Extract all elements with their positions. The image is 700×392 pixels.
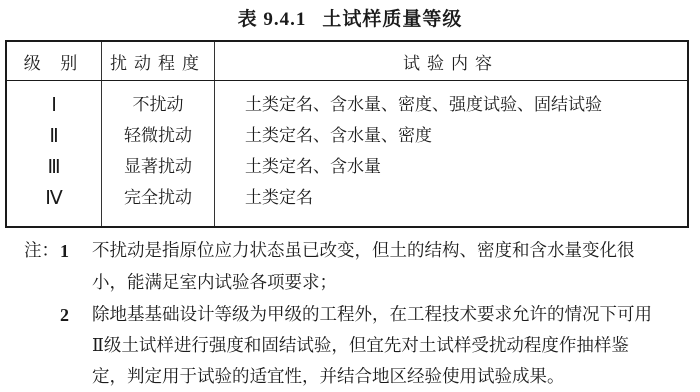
disturbance-cell: 不扰动 <box>102 90 214 121</box>
grade-cell: Ⅳ <box>7 183 101 214</box>
note-text: 定，判定用于试验的适宜性，并结合地区经验使用试验成果。 <box>92 362 565 392</box>
note-text: 不扰动是指原位应力状态虽已改变，但土的结构、密度和含水量变化很 <box>92 236 635 266</box>
note-text: 除地基基础设计等级为甲级的工程外，在工程技术要求允许的情况下可用 <box>92 300 652 330</box>
grade-column: Ⅰ Ⅱ Ⅲ Ⅳ <box>6 81 102 228</box>
grade-cell: Ⅲ <box>7 152 101 183</box>
note-text: 小，能满足室内试验各项要求； <box>92 268 337 298</box>
note-number: 2 <box>60 300 69 330</box>
disturbance-cell: 完全扰动 <box>102 183 214 214</box>
table-header-row: 级 别 扰动程度 试验内容 <box>6 41 688 81</box>
note-number: 1 <box>60 236 69 266</box>
table-number: 表 9.4.1 <box>238 9 307 30</box>
disturbance-cell: 轻微扰动 <box>102 121 214 152</box>
note-prefix: 注： <box>24 236 59 266</box>
note-1-line-1: 注： 1 不扰动是指原位应力状态虽已改变，但土的结构、密度和含水量变化很 <box>0 236 700 266</box>
tests-cell: 土类定名 <box>245 183 687 214</box>
note-text: Ⅱ级土试样进行强度和固结试验，但宜先对土试样受扰动程度作抽样鉴 <box>92 331 629 361</box>
tests-cell: 土类定名、含水量、密度 <box>245 121 687 152</box>
header-disturbance: 扰动程度 <box>102 41 215 81</box>
soil-sample-grade-table: 级 别 扰动程度 试验内容 Ⅰ Ⅱ Ⅲ Ⅳ 不扰动 轻微扰动 显著扰动 完全扰动 <box>5 40 689 228</box>
header-grade: 级 别 <box>6 41 102 81</box>
tests-cell: 土类定名、含水量、密度、强度试验、固结试验 <box>245 90 687 121</box>
table-caption: 土试样质量等级 <box>322 8 462 30</box>
grade-cell: Ⅱ <box>7 121 101 152</box>
tests-cell: 土类定名、含水量 <box>245 152 687 183</box>
disturbance-cell: 显著扰动 <box>102 152 214 183</box>
note-2-line-1: 2 除地基基础设计等级为甲级的工程外，在工程技术要求允许的情况下可用 <box>0 300 700 330</box>
tests-column: 土类定名、含水量、密度、强度试验、固结试验 土类定名、含水量、密度 土类定名、含… <box>215 81 689 228</box>
table-title: 表 9.4.1土试样质量等级 <box>0 4 700 31</box>
table-body-row: Ⅰ Ⅱ Ⅲ Ⅳ 不扰动 轻微扰动 显著扰动 完全扰动 土类定名、含水量、密度、强… <box>6 81 688 228</box>
header-tests: 试验内容 <box>215 41 689 81</box>
grade-cell: Ⅰ <box>7 90 101 121</box>
disturbance-column: 不扰动 轻微扰动 显著扰动 完全扰动 <box>102 81 215 228</box>
